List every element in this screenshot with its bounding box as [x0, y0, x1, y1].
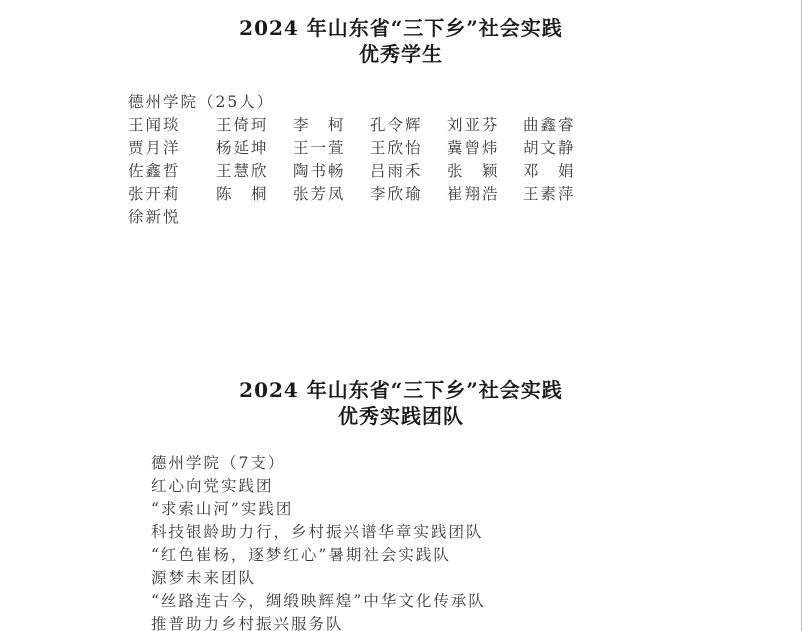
student-name: 刘亚芬 — [447, 114, 523, 137]
student-name: 王闻琰 — [128, 114, 216, 137]
student-name: 陈 桐 — [216, 183, 293, 206]
student-name: 冀曾炜 — [447, 137, 523, 160]
student-name: 王一萱 — [293, 137, 370, 160]
team-item: “红色崔杨，逐梦红心”暑期社会实践队 — [151, 544, 486, 567]
students-group-heading: 德州学院（25人） — [128, 90, 603, 114]
student-name: 张芳凤 — [293, 183, 370, 206]
student-name: 王素萍 — [523, 183, 603, 206]
teams-title-line1: 2024 年山东省“三下乡”社会实践 — [0, 377, 802, 403]
student-name: 孔令辉 — [370, 114, 447, 137]
student-name: 张开莉 — [128, 183, 216, 206]
students-name-grid: 王闻琰 王倚珂 李 柯 孔令辉 刘亚芬 曲鑫睿 贾月洋 杨延坤 王一萱 王欣怡 … — [128, 114, 603, 229]
student-name: 崔翔浩 — [447, 183, 523, 206]
team-item: “丝路连古今，绸缎映辉煌”中华文化传承队 — [151, 590, 486, 613]
students-list: 德州学院（25人） 王闻琰 王倚珂 李 柯 孔令辉 刘亚芬 曲鑫睿 贾月洋 杨延… — [128, 90, 603, 229]
student-name: 胡文静 — [523, 137, 603, 160]
team-item: 科技银龄助力行，乡村振兴谱华章实践团队 — [151, 521, 486, 544]
team-item: 红心向党实践团 — [151, 475, 486, 498]
student-name: 王欣怡 — [370, 137, 447, 160]
students-section-title: 2024 年山东省“三下乡”社会实践 优秀学生 — [0, 15, 802, 67]
students-title-line2: 优秀学生 — [0, 41, 802, 67]
teams-group-heading: 德州学院（7支） — [151, 452, 486, 475]
teams-title-line2: 优秀实践团队 — [0, 403, 802, 429]
student-name: 吕雨禾 — [370, 160, 447, 183]
students-title-line1: 2024 年山东省“三下乡”社会实践 — [0, 15, 802, 41]
student-name: 王倚珂 — [216, 114, 293, 137]
student-name: 李 柯 — [293, 114, 370, 137]
student-name: 邓 娟 — [523, 160, 603, 183]
student-name: 陶书畅 — [293, 160, 370, 183]
student-name: 贾月洋 — [128, 137, 216, 160]
student-name: 徐新悦 — [128, 206, 216, 229]
student-name: 佐鑫哲 — [128, 160, 216, 183]
student-name: 曲鑫睿 — [523, 114, 603, 137]
student-name: 王慧欣 — [216, 160, 293, 183]
teams-section-title: 2024 年山东省“三下乡”社会实践 优秀实践团队 — [0, 377, 802, 429]
student-name: 张 颖 — [447, 160, 523, 183]
team-item: “求索山河”实践团 — [151, 498, 486, 521]
student-name: 李欣瑜 — [370, 183, 447, 206]
teams-list: 德州学院（7支） 红心向党实践团 “求索山河”实践团 科技银龄助力行，乡村振兴谱… — [151, 452, 486, 631]
student-name: 杨延坤 — [216, 137, 293, 160]
team-item: 推普助力乡村振兴服务队 — [151, 613, 486, 631]
team-item: 源梦未来团队 — [151, 567, 486, 590]
